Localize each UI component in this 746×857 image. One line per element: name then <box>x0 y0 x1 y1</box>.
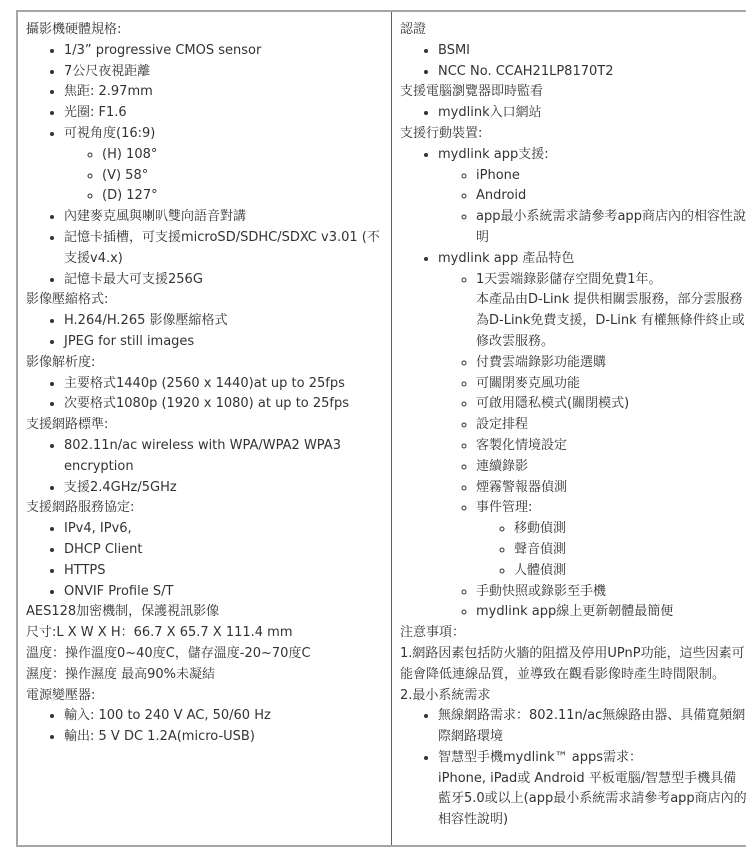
spec-section-heading: 支援網路標準: <box>26 415 382 436</box>
spec-list: 無線網路需求：802.11n/ac無線路由器、具備寬頻網際網路環境智慧型手機my… <box>400 706 746 831</box>
spec-list: 主要格式1440p (2560 x 1440)at up to 25fps次要格… <box>26 374 382 416</box>
spec-list: iPhoneAndroidapp最小系統需求請參考app商店內的相容性說明 <box>438 166 746 249</box>
spec-list: 輸入: 100 to 240 V AC, 50/60 Hz輸出: 5 V DC … <box>26 706 382 748</box>
spec-list-item: 輸入: 100 to 240 V AC, 50/60 Hz <box>64 706 382 727</box>
spec-list-item: mydlink app支援:iPhoneAndroidapp最小系統需求請參考a… <box>438 145 746 249</box>
spec-list-item: 可視角度(16:9)(H) 108°(V) 58°(D) 127° <box>64 124 382 207</box>
spec-list: H.264/H.265 影像壓縮格式JPEG for still images <box>26 311 382 353</box>
spec-list-item: 煙霧警報器偵測 <box>476 478 746 499</box>
spec-list-item: NCC No. CCAH21LP8170T2 <box>438 62 746 83</box>
spec-list-item: IPv4, IPv6, <box>64 519 382 540</box>
spec-section-heading: 認證 <box>400 20 746 41</box>
spec-list-item: 可啟用隱私模式(關閉模式) <box>476 394 746 415</box>
spec-list-item: 連續錄影 <box>476 457 746 478</box>
spec-list-item: 802.11n/ac wireless with WPA/WPA2 WPA3 e… <box>64 436 382 478</box>
spec-list-item: HTTPS <box>64 561 382 582</box>
spec-list: mydlink入口網站 <box>400 103 746 124</box>
spec-list-item: 客製化情境設定 <box>476 436 746 457</box>
spec-list-item: (D) 127° <box>102 186 382 207</box>
spec-list-item: 智慧型手機mydlink™ apps需求：iPhone, iPad或 Andro… <box>438 748 746 831</box>
spec-list-item: 7公尺夜視距離 <box>64 62 382 83</box>
spec-list: IPv4, IPv6,DHCP ClientHTTPSONVIF Profile… <box>26 519 382 602</box>
spec-list: 802.11n/ac wireless with WPA/WPA2 WPA3 e… <box>26 436 382 498</box>
spec-list: mydlink app支援:iPhoneAndroidapp最小系統需求請參考a… <box>400 145 746 623</box>
spec-section-heading: 電源變壓器: <box>26 686 382 707</box>
spec-list: 移動偵測聲音偵測人體偵測 <box>476 519 746 581</box>
spec-list-item: 付費雲端錄影功能選購 <box>476 353 746 374</box>
spec-list-item: iPhone <box>476 166 746 187</box>
spec-list-item: 事件管理:移動偵測聲音偵測人體偵測 <box>476 498 746 581</box>
spec-list-item: (H) 108° <box>102 145 382 166</box>
spec-list-item: mydlink app線上更新韌體最簡便 <box>476 602 746 623</box>
spec-list-item: 人體偵測 <box>514 561 746 582</box>
spec-list-item: Android <box>476 186 746 207</box>
spec-list: BSMINCC No. CCAH21LP8170T2 <box>400 41 746 83</box>
spec-page: 攝影機硬體規格:1/3” progressive CMOS sensor7公尺夜… <box>0 0 746 857</box>
spec-list-item: 支援2.4GHz/5GHz <box>64 478 382 499</box>
spec-list-item: (V) 58° <box>102 166 382 187</box>
spec-list-item: mydlink入口網站 <box>438 103 746 124</box>
spec-section-heading: 支援行動裝置: <box>400 124 746 145</box>
spec-list-item: 移動偵測 <box>514 519 746 540</box>
spec-section-heading: 尺寸:L X W X H：66.7 X 65.7 X 111.4 mm <box>26 623 382 644</box>
spec-list-item: 焦距: 2.97mm <box>64 82 382 103</box>
spec-list-item: BSMI <box>438 41 746 62</box>
spec-list-item: ONVIF Profile S/T <box>64 582 382 603</box>
spec-list: (H) 108°(V) 58°(D) 127° <box>64 145 382 207</box>
spec-list-item: DHCP Client <box>64 540 382 561</box>
spec-list-item: 無線網路需求：802.11n/ac無線路由器、具備寬頻網際網路環境 <box>438 706 746 748</box>
spec-column-left: 攝影機硬體規格:1/3” progressive CMOS sensor7公尺夜… <box>17 11 392 846</box>
spec-list-item: H.264/H.265 影像壓縮格式 <box>64 311 382 332</box>
spec-list-item: 輸出: 5 V DC 1.2A(micro-USB) <box>64 727 382 748</box>
spec-list-item: 1天雲端錄影儲存空間免費1年。本產品由D-Link 提供相關雲服務，部分雲服務為… <box>476 270 746 353</box>
spec-section-heading: 注意事項： <box>400 623 746 644</box>
spec-section-heading: 濕度：操作濕度 最高90%未凝結 <box>26 665 382 686</box>
spec-list-item: 光圈: F1.6 <box>64 103 382 124</box>
spec-list-item: 手動快照或錄影至手機 <box>476 582 746 603</box>
spec-list-item: 聲音偵測 <box>514 540 746 561</box>
spec-table: 攝影機硬體規格:1/3” progressive CMOS sensor7公尺夜… <box>16 10 746 847</box>
spec-list-item: JPEG for still images <box>64 332 382 353</box>
spec-section-heading: 影像解析度: <box>26 353 382 374</box>
spec-section-heading: 攝影機硬體規格: <box>26 20 382 41</box>
spec-section-heading: 溫度：操作溫度0~40度C，儲存溫度-20~70度C <box>26 644 382 665</box>
spec-list-item: 記憶卡最大可支援256G <box>64 270 382 291</box>
spec-list-item: mydlink app 產品特色1天雲端錄影儲存空間免費1年。本產品由D-Lin… <box>438 249 746 623</box>
spec-list-item: 主要格式1440p (2560 x 1440)at up to 25fps <box>64 374 382 395</box>
spec-list: 1/3” progressive CMOS sensor7公尺夜視距離焦距: 2… <box>26 41 382 291</box>
spec-list-item: 內建麥克風與喇叭雙向語音對講 <box>64 207 382 228</box>
spec-list-item: 設定排程 <box>476 415 746 436</box>
spec-list-item: 可關閉麥克風功能 <box>476 374 746 395</box>
spec-list-item: 記憶卡插槽，可支援microSD/SDHC/SDXC v3.01 (不支援v4.… <box>64 228 382 270</box>
spec-section-heading: 2.最小系統需求 <box>400 686 746 707</box>
spec-list-item: app最小系統需求請參考app商店內的相容性說明 <box>476 207 746 249</box>
spec-section-heading: 支援網路服務協定: <box>26 498 382 519</box>
spec-list-item: 1/3” progressive CMOS sensor <box>64 41 382 62</box>
spec-section-heading: AES128加密機制，保護視訊影像 <box>26 602 382 623</box>
spec-section-heading: 1.網路因素包括防火牆的阻擋及停用UPnP功能，這些因素可能會降低連線品質，並導… <box>400 644 746 686</box>
spec-list-item: 次要格式1080p (1920 x 1080) at up to 25fps <box>64 394 382 415</box>
spec-section-heading: 影像壓縮格式: <box>26 290 382 311</box>
spec-section-heading: 支援電腦瀏覽器即時監看 <box>400 82 746 103</box>
spec-row: 攝影機硬體規格:1/3” progressive CMOS sensor7公尺夜… <box>17 11 746 846</box>
spec-column-right: 認證BSMINCC No. CCAH21LP8170T2支援電腦瀏覽器即時監看m… <box>392 11 746 846</box>
spec-list: 1天雲端錄影儲存空間免費1年。本產品由D-Link 提供相關雲服務，部分雲服務為… <box>438 270 746 624</box>
